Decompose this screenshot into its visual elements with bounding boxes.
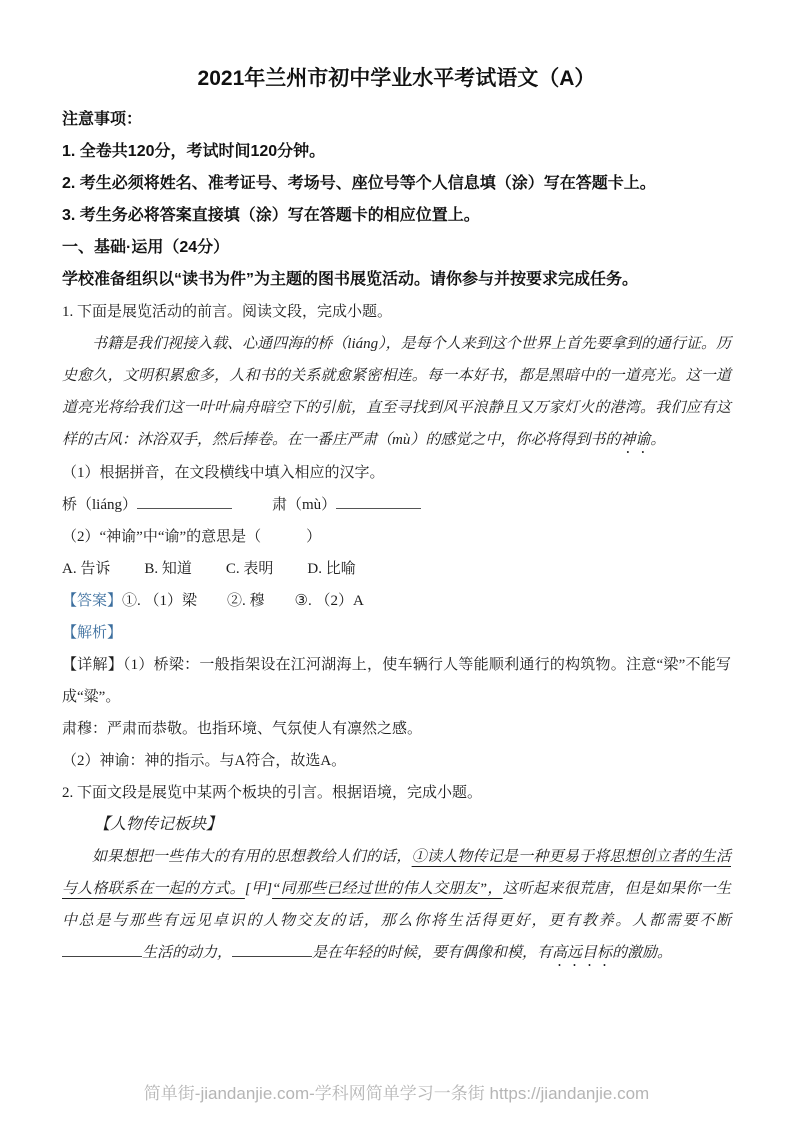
- pinyin-blank-1-label: 桥（liáng）: [62, 497, 137, 513]
- section-intro: 学校准备组织以“读书为件”为主题的图书展览活动。请你参与并按要求完成任务。: [62, 264, 731, 296]
- passage-segment: 的激励。: [612, 945, 672, 961]
- question-1-stem: 1. 下面是展览活动的前言。阅读文段，完成小题。: [62, 296, 731, 328]
- detail-paragraph-3: （2）神谕：神的指示。与A符合，故选A。: [62, 745, 731, 777]
- passage-segment: [甲]: [245, 881, 272, 897]
- pinyin-blank-2-label: 肃（mù）: [272, 497, 336, 513]
- inline-answer-blank: [232, 942, 312, 957]
- passage-text-tail: 。: [650, 432, 665, 448]
- answer-blank-1: [137, 494, 232, 509]
- question-2-passage: 如果想把一些伟大的有用的思想教给人们的话，①读人物传记是一种更易于将思想创立者的…: [62, 841, 731, 970]
- question-2-block-heading: 【人物传记板块】: [62, 809, 731, 841]
- question-1-passage: 书籍是我们视接入载、心通四海的桥（liáng），是每个人来到这个世界上首先要拿到…: [62, 328, 731, 457]
- detail-paragraph-1: 【详解】（1）桥梁：一般指架设在江河湖海上，使车辆行人等能顺利通行的构筑物。注意…: [62, 649, 731, 713]
- option-b: B. 知道: [144, 561, 192, 577]
- analysis-label: 【解析】: [62, 617, 731, 649]
- notice-item-2: 2. 考生必须将姓名、准考证号、考场号、座位号等个人信息填（涂）写在答题卡上。: [62, 168, 731, 200]
- section-heading: 一、基础·运用（24分）: [62, 232, 731, 264]
- passage-segment: 如果想把一些伟大的有用的思想教给人们的话，: [92, 849, 412, 865]
- notice-item-3: 3. 考生务必将答案直接填（涂）写在答题卡的相应位置上。: [62, 200, 731, 232]
- answer-item-3: ③. （2）A: [295, 593, 364, 609]
- question-1-options-row: A. 告诉B. 知道C. 表明D. 比喻: [62, 553, 731, 585]
- option-a: A. 告诉: [62, 561, 110, 577]
- answer-label: 【答案】: [62, 593, 122, 609]
- passage-segment: 高远目标: [552, 945, 612, 961]
- exam-document-page: 2021年兰州市初中学业水平考试语文（A） 注意事项： 1. 全卷共120分，考…: [0, 0, 793, 1122]
- question-1-sub2-stem: （2）“神谕”中“谕”的意思是（ ）: [62, 521, 731, 553]
- notice-item-1: 1. 全卷共120分，考试时间120分钟。: [62, 136, 731, 168]
- question-1-blanks-row: 桥（liáng）肃（mù）: [62, 489, 731, 521]
- notice-heading: 注意事项：: [62, 104, 731, 136]
- passage-segment: 生活的动力，: [142, 945, 232, 961]
- answer-blank-2: [336, 494, 421, 509]
- question-1-sub1-stem: （1）根据拼音，在文段横线中填入相应的汉字。: [62, 457, 731, 489]
- option-c: C. 表明: [226, 561, 274, 577]
- option-d: D. 比喻: [307, 561, 355, 577]
- answer-item-1: ①. （1）梁: [122, 593, 197, 609]
- answer-item-2: ②. 穆: [227, 593, 265, 609]
- question-2-stem: 2. 下面文段是展览中某两个板块的引言。根据语境，完成小题。: [62, 777, 731, 809]
- detail-paragraph-2: 肃穆：严肃而恭敬。也指环境、气氛使人有凛然之感。: [62, 713, 731, 745]
- page-title: 2021年兰州市初中学业水平考试语文（A）: [62, 64, 731, 94]
- passage-emphasized-word: 神谕: [620, 432, 650, 448]
- inline-answer-blank: [62, 942, 142, 957]
- passage-segment: “同那些已经过世的伟人交朋友”，: [272, 881, 503, 897]
- answer-row: 【答案】①. （1）梁②. 穆③. （2）A: [62, 585, 731, 617]
- watermark-footer: 简单街-jiandanjie.com-学科网简单学习一条街 https://ji…: [0, 1079, 793, 1104]
- passage-segment: 是在年轻的时候，要有偶像和模，有: [312, 945, 552, 961]
